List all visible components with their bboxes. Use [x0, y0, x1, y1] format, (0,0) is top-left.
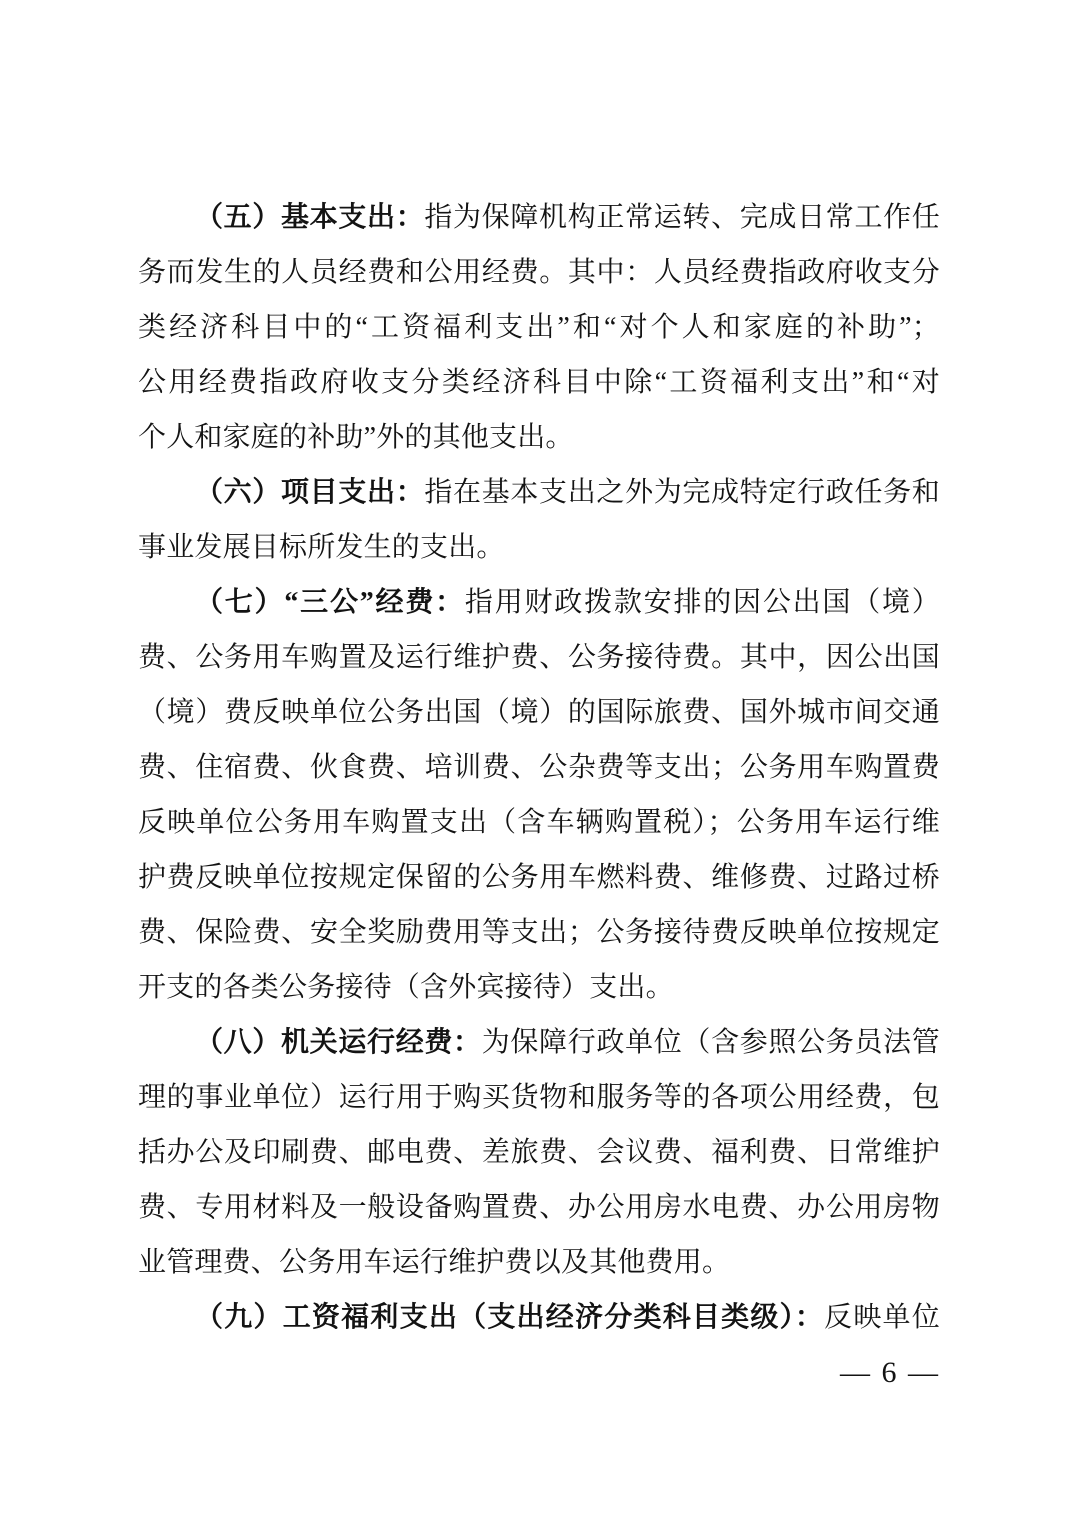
- paragraph-lead: （七）“三公”经费：: [195, 587, 465, 618]
- line-text: 指用财政拨款安排的因公出国（境）: [465, 587, 940, 618]
- text-line: （境）费反映单位公务出国（境）的国际旅费、国外城市间交通: [138, 685, 940, 740]
- text-line: 务而发生的人员经费和公用经费。其中：人员经费指政府收支分: [138, 245, 940, 300]
- text-line: （五）基本支出：指为保障机构正常运转、完成日常工作任: [138, 190, 940, 245]
- text-line: 类经济科目中的“工资福利支出”和“对个人和家庭的补助”；: [138, 300, 940, 355]
- text-line: 事业发展目标所发生的支出。: [138, 520, 940, 575]
- line-text: 事业发展目标所发生的支出。: [138, 532, 505, 563]
- text-line: 开支的各类公务接待（含外宾接待）支出。: [138, 960, 940, 1015]
- text-line: 费、住宿费、伙食费、培训费、公杂费等支出；公务用车购置费: [138, 740, 940, 795]
- line-text: 务而发生的人员经费和公用经费。其中：人员经费指政府收支分: [138, 257, 940, 288]
- text-line: （六）项目支出：指在基本支出之外为完成特定行政任务和: [138, 465, 940, 520]
- text-line: （八）机关运行经费：为保障行政单位（含参照公务员法管: [138, 1015, 940, 1070]
- line-text: 反映单位公务用车购置支出（含车辆购置税）；公务用车运行维: [138, 807, 940, 838]
- line-text: 费、住宿费、伙食费、培训费、公杂费等支出；公务用车购置费: [138, 752, 940, 783]
- text-line: 括办公及印刷费、邮电费、差旅费、会议费、福利费、日常维护: [138, 1125, 940, 1180]
- line-text: 反映单位: [824, 1302, 940, 1333]
- text-line: 个人和家庭的补助”外的其他支出。: [138, 410, 940, 465]
- page-number: — 6 —: [840, 1350, 940, 1396]
- line-text: 指为保障机构正常运转、完成日常工作任: [424, 202, 940, 233]
- text-line: 费、保险费、安全奖励费用等支出；公务接待费反映单位按规定: [138, 905, 940, 960]
- line-text: 费、专用材料及一般设备购置费、办公用房水电费、办公用房物: [138, 1192, 940, 1223]
- text-line: 公用经费指政府收支分类经济科目中除“工资福利支出”和“对: [138, 355, 940, 410]
- line-text: 费、保险费、安全奖励费用等支出；公务接待费反映单位按规定: [138, 917, 940, 948]
- text-line: 反映单位公务用车购置支出（含车辆购置税）；公务用车运行维: [138, 795, 940, 850]
- line-text: 费、公务用车购置及运行维护费、公务接待费。其中，因公出国: [138, 642, 940, 673]
- line-text: 括办公及印刷费、邮电费、差旅费、会议费、福利费、日常维护: [138, 1137, 940, 1168]
- document-body: （五）基本支出：指为保障机构正常运转、完成日常工作任 务而发生的人员经费和公用经…: [138, 190, 940, 1345]
- line-text: 公用经费指政府收支分类经济科目中除“工资福利支出”和“对: [138, 367, 940, 398]
- text-line: 费、专用材料及一般设备购置费、办公用房水电费、办公用房物: [138, 1180, 940, 1235]
- line-text: 类经济科目中的“工资福利支出”和“对个人和家庭的补助”；: [138, 312, 940, 343]
- line-text: （境）费反映单位公务出国（境）的国际旅费、国外城市间交通: [138, 697, 940, 728]
- line-text: 个人和家庭的补助”外的其他支出。: [138, 422, 574, 453]
- paragraph-lead: （九）工资福利支出（支出经济分类科目类级）：: [195, 1302, 824, 1333]
- paragraph-lead: （六）项目支出：: [195, 477, 424, 508]
- line-text: 开支的各类公务接待（含外宾接待）支出。: [138, 972, 674, 1003]
- paragraph-lead: （八）机关运行经费：: [195, 1027, 482, 1058]
- text-line: （七）“三公”经费：指用财政拨款安排的因公出国（境）: [138, 575, 940, 630]
- line-text: 理的事业单位）运行用于购买货物和服务等的各项公用经费，包: [138, 1082, 940, 1113]
- text-line: 护费反映单位按规定保留的公务用车燃料费、维修费、过路过桥: [138, 850, 940, 905]
- line-text: 为保障行政单位（含参照公务员法管: [482, 1027, 940, 1058]
- text-line: 费、公务用车购置及运行维护费、公务接待费。其中，因公出国: [138, 630, 940, 685]
- line-text: 护费反映单位按规定保留的公务用车燃料费、维修费、过路过桥: [138, 862, 940, 893]
- text-line: （九）工资福利支出（支出经济分类科目类级）：反映单位: [138, 1290, 940, 1345]
- line-text: 指在基本支出之外为完成特定行政任务和: [424, 477, 940, 508]
- text-line: 业管理费、公务用车运行维护费以及其他费用。: [138, 1235, 940, 1290]
- line-text: 业管理费、公务用车运行维护费以及其他费用。: [138, 1247, 730, 1278]
- text-line: 理的事业单位）运行用于购买货物和服务等的各项公用经费，包: [138, 1070, 940, 1125]
- document-page: （五）基本支出：指为保障机构正常运转、完成日常工作任 务而发生的人员经费和公用经…: [0, 0, 1074, 1520]
- paragraph-lead: （五）基本支出：: [195, 202, 424, 233]
